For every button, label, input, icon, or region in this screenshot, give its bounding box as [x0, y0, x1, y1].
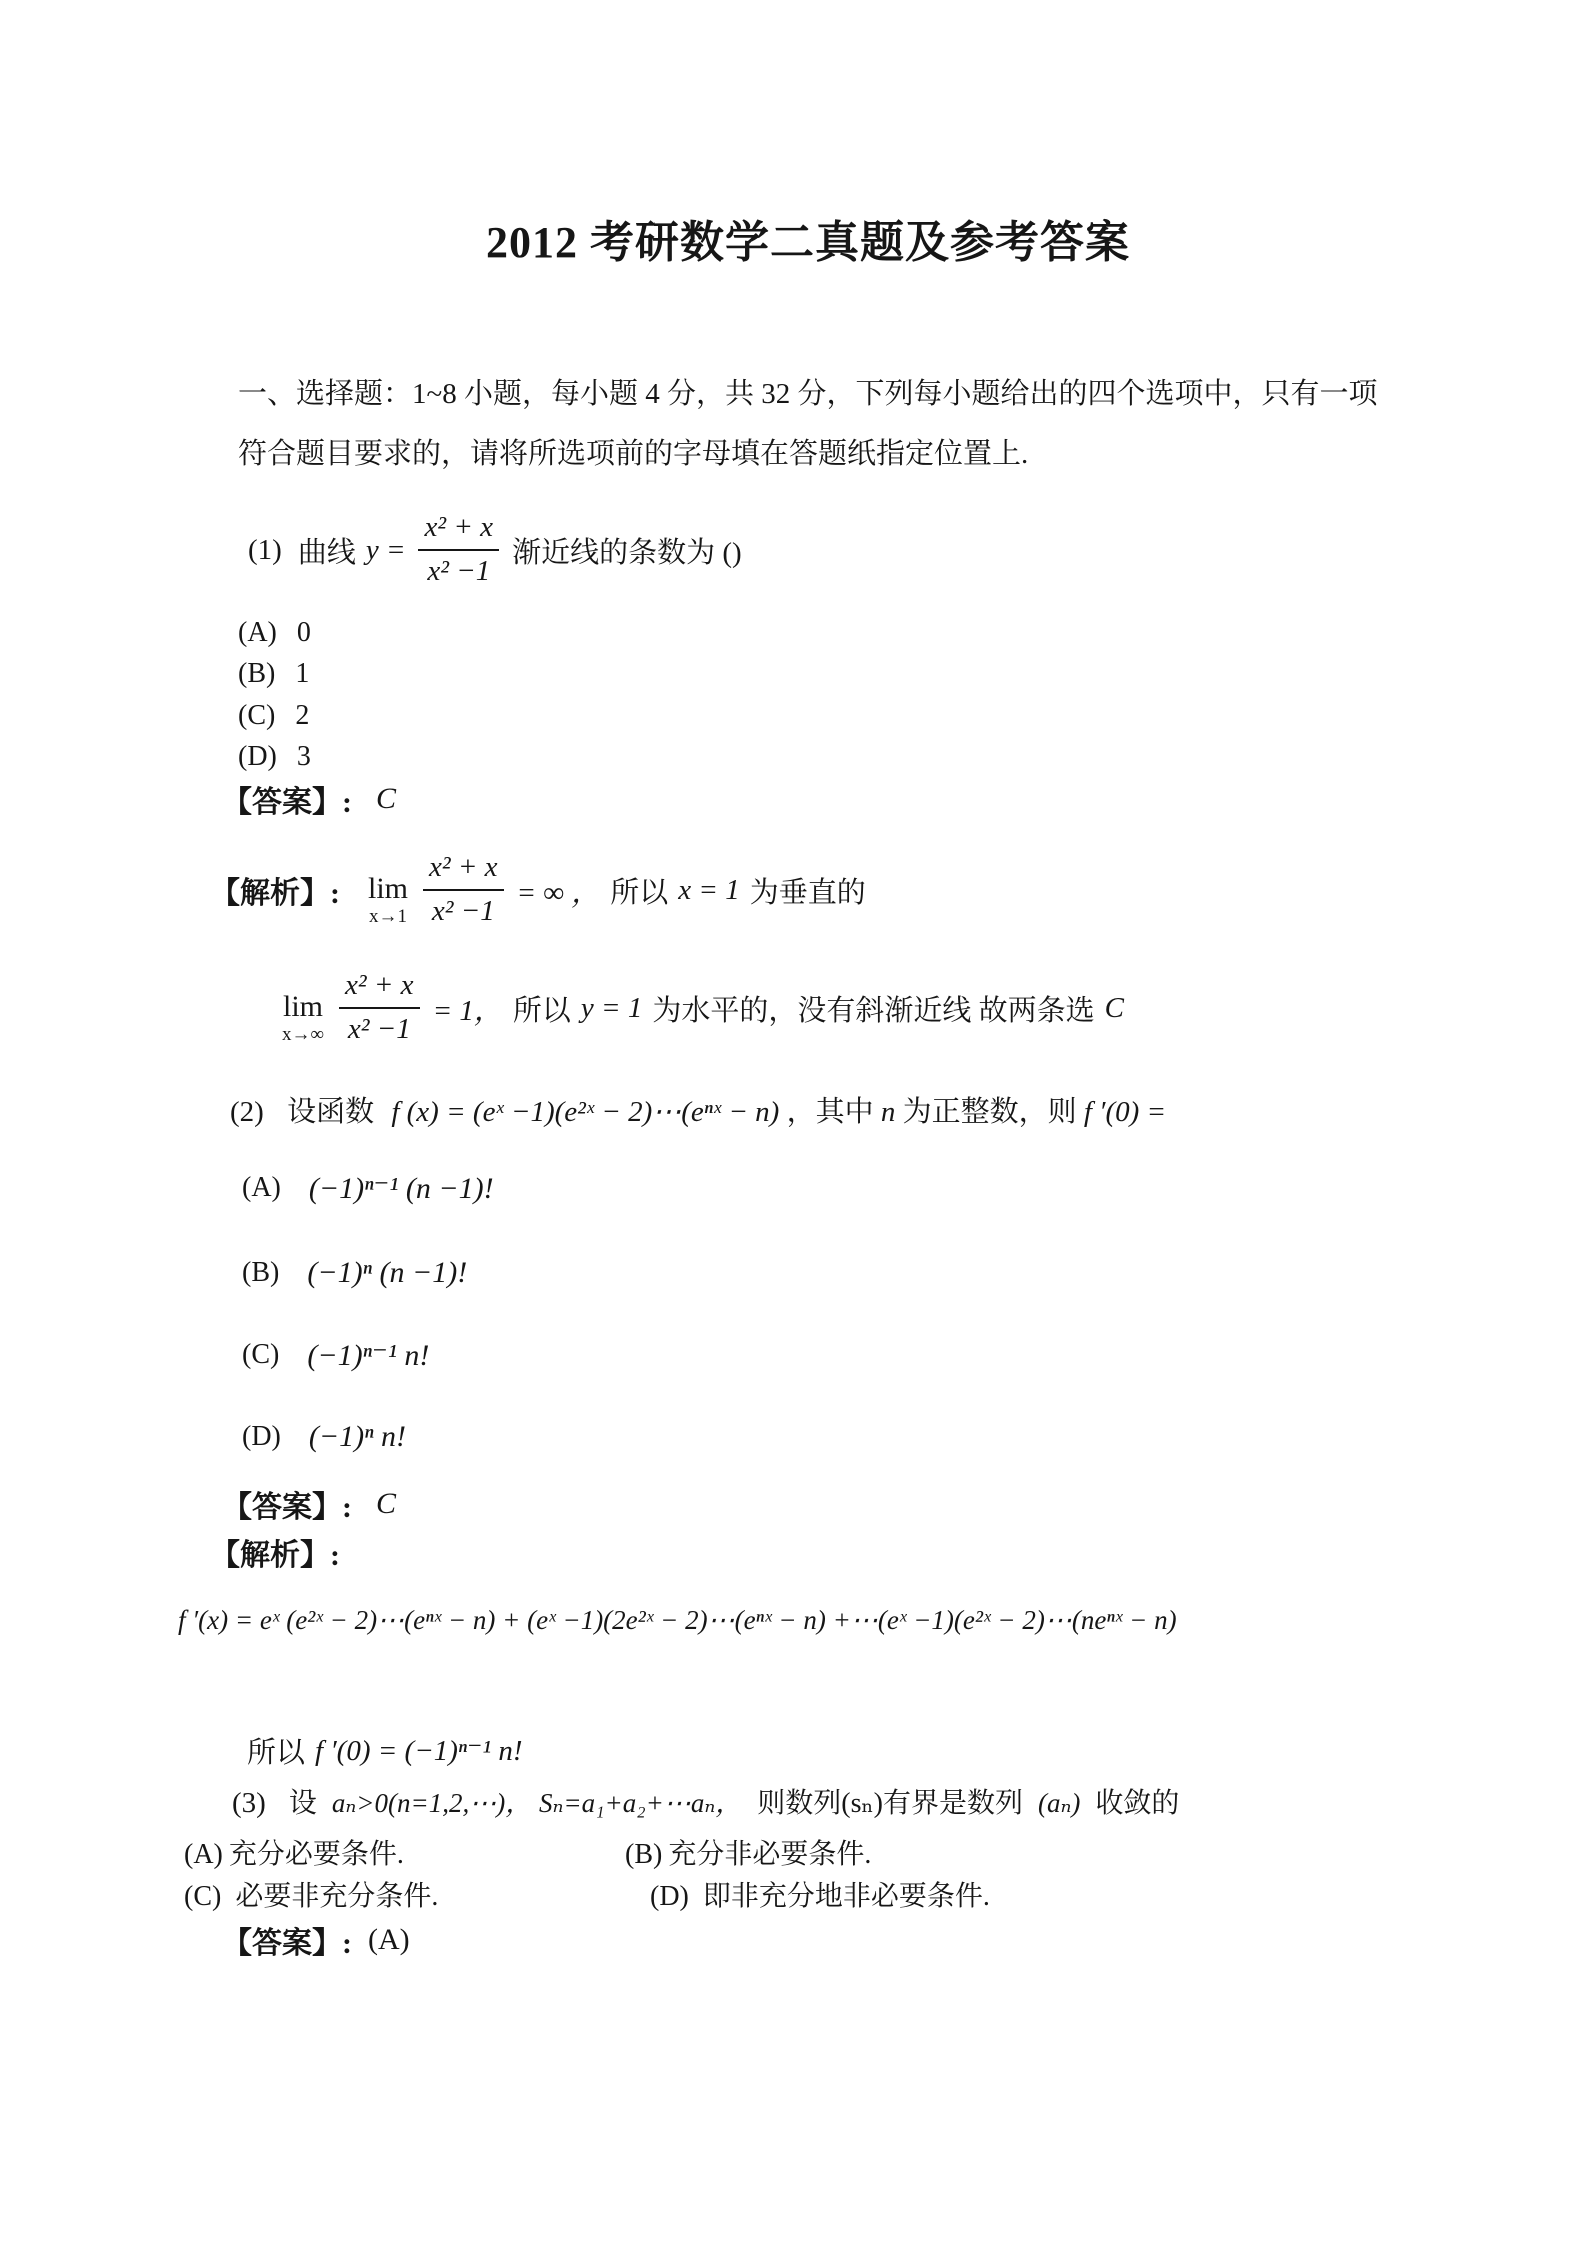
equation-result: = 1，: [433, 988, 503, 1029]
analysis-final-choice: C: [1105, 992, 1124, 1025]
option-key: (B): [238, 658, 275, 690]
question-3-sequence-def: aₙ>0(n=1,2,⋯)， Sₙ=a₁+a₂+⋯aₙ，: [332, 1788, 742, 1818]
question-3-number: (3): [232, 1787, 266, 1819]
analysis-math: x = 1: [678, 874, 739, 907]
limit-fraction: x² + x x² −1: [336, 970, 423, 1046]
limit-word: lim: [283, 992, 323, 1022]
question-2-mid-text-2: 为正整数，则: [903, 1096, 1077, 1128]
option-key: (D): [238, 741, 277, 773]
answer-value: C: [376, 782, 396, 816]
option-key: (C): [238, 700, 275, 732]
question-2-function-def: f (x) = (eˣ −1)(e²ˣ − 2)⋯(eⁿˣ − n): [391, 1096, 779, 1128]
limit-subscript: x→∞: [282, 1025, 324, 1044]
question-2-derivative: f ′(0) =: [1084, 1096, 1166, 1128]
question-1-pre-text: 曲线: [298, 530, 356, 571]
limit-word: lim: [368, 874, 408, 904]
option-key: (A): [242, 1172, 281, 1204]
answer-label: 【答案】:: [222, 1482, 352, 1526]
limit-operator: lim x→1: [368, 874, 408, 926]
option-text: 即非充分地非必要条件.: [703, 1881, 990, 1912]
option-text: 必要非充分条件.: [235, 1881, 438, 1912]
page-title: 2012 考研数学二真题及参考答案: [0, 206, 1586, 270]
fraction-denominator: x² −1: [339, 1007, 420, 1046]
option-value: 2: [295, 700, 309, 732]
question-2-option-b: (B) (−1)ⁿ (n −1)!: [242, 1253, 467, 1293]
limit-operator: lim x→∞: [282, 992, 324, 1044]
question-2-stem: (2) 设函数 f (x) = (eˣ −1)(e²ˣ − 2)⋯(eⁿˣ − …: [230, 1092, 1166, 1132]
question-1-analysis-line-1: 【解析】: lim x→1 x² + x x² −1 = ∞ ， 所以 x = …: [210, 840, 866, 940]
analysis-text: 所以: [610, 870, 668, 911]
option-key: (B): [242, 1257, 279, 1289]
option-value: 0: [297, 617, 311, 649]
question-1-analysis-line-2: lim x→∞ x² + x x² −1 = 1， 所以 y = 1 为水平的，…: [282, 958, 1124, 1058]
question-2-option-c: (C) (−1)ⁿ⁻¹ n!: [242, 1335, 429, 1375]
analysis-label: 【解析】:: [210, 1539, 340, 1572]
fraction-numerator: x² + x: [336, 970, 423, 1007]
fraction-numerator: x² + x: [416, 512, 503, 549]
question-3-option-b: (B)充分非必要条件.: [625, 1832, 871, 1872]
equation-result: = ∞ ，: [517, 870, 601, 911]
conclusion-math: f ′(0) = (−1)ⁿ⁻¹ n!: [315, 1733, 522, 1768]
question-2-option-a: (A) (−1)ⁿ⁻¹ (n −1)!: [242, 1168, 494, 1208]
fraction-denominator: x² −1: [423, 889, 504, 928]
question-1-answer: 【答案】: C: [222, 782, 396, 816]
question-1-options: (A) 0 (B) 1 (C) 2 (D) 3: [238, 612, 311, 778]
option-key: (B): [625, 1839, 662, 1870]
question-3-option-d: (D)即非充分地非必要条件.: [650, 1874, 990, 1914]
question-3-pre-text: 设: [289, 1788, 317, 1819]
answer-label: 【答案】:: [222, 1918, 352, 1962]
intro-line-2: 符合题目要求的，请将所选项前的字母填在答题纸指定位置上.: [238, 424, 1377, 484]
section-intro: 一、选择题：1~8 小题，每小题 4 分，共 32 分，下列每小题给出的四个选项…: [238, 364, 1377, 484]
question-1-fraction: x² + x x² −1: [416, 512, 503, 588]
option-key: (C): [184, 1881, 221, 1912]
answer-label: 【答案】:: [222, 777, 352, 821]
question-3-sequence-ref: (aₙ): [1038, 1788, 1080, 1818]
question-2-number: (2): [230, 1096, 264, 1128]
question-3-stem: (3) 设 aₙ>0(n=1,2,⋯)， Sₙ=a₁+a₂+⋯aₙ， 则数列(s…: [232, 1786, 1179, 1821]
option-key: (A): [238, 617, 277, 649]
option-text: 充分必要条件.: [229, 1839, 404, 1870]
question-1-number: (1): [248, 534, 282, 567]
answer-value: (A): [368, 1923, 410, 1957]
option-value: 1: [295, 658, 309, 690]
limit-fraction: x² + x x² −1: [420, 852, 507, 928]
option-value: 3: [297, 741, 311, 773]
question-1-stem: (1) 曲线 y = x² + x x² −1 渐近线的条数为 (): [248, 502, 742, 598]
option-formula: (−1)ⁿ (n −1)!: [307, 1256, 467, 1290]
question-2-option-d: (D) (−1)ⁿ n!: [242, 1417, 406, 1457]
option-a: (A) 0: [238, 612, 311, 654]
question-3-answer: 【答案】: (A): [222, 1922, 410, 1958]
option-key: (D): [650, 1881, 689, 1912]
option-formula: (−1)ⁿ⁻¹ n!: [307, 1338, 429, 1373]
question-2-analysis-label: 【解析】:: [210, 1530, 340, 1564]
analysis-text-tail: 为垂直的: [750, 870, 866, 911]
intro-line-1: 一、选择题：1~8 小题，每小题 4 分，共 32 分，下列每小题给出的四个选项…: [238, 364, 1377, 424]
option-key: (A): [184, 1839, 223, 1870]
question-1-lhs: y =: [366, 534, 406, 567]
question-2-pre-text: 设函数: [287, 1096, 374, 1128]
question-3-mid-text: 则数列(sₙ)有界是数列: [757, 1788, 1023, 1819]
fraction-numerator: x² + x: [420, 852, 507, 889]
conclusion-text: 所以: [247, 1730, 305, 1771]
analysis-text-tail: 为水平的，没有斜渐近线 故两条选: [652, 988, 1094, 1029]
question-2-analysis-conclusion: 所以 f ′(0) = (−1)ⁿ⁻¹ n!: [247, 1732, 522, 1768]
question-2-var: n: [881, 1096, 896, 1128]
question-2-mid-text: ，其中: [787, 1096, 874, 1128]
question-1-post-text: 渐近线的条数为 (): [512, 530, 742, 571]
analysis-text: 所以: [513, 988, 571, 1029]
analysis-label: 【解析】:: [210, 868, 340, 912]
fraction-denominator: x² −1: [418, 549, 499, 588]
question-2-analysis-formula: f ′(x) = eˣ (e²ˣ − 2)⋯(eⁿˣ − n) + (eˣ −1…: [178, 1598, 1177, 1642]
option-c: (C) 2: [238, 695, 311, 737]
analysis-math: y = 1: [581, 992, 642, 1025]
option-key: (C): [242, 1339, 279, 1371]
option-b: (B) 1: [238, 654, 311, 696]
answer-value: C: [376, 1487, 396, 1521]
option-d: (D) 3: [238, 737, 311, 779]
option-key: (D): [242, 1421, 281, 1453]
option-text: 充分非必要条件.: [668, 1839, 871, 1870]
option-formula: (−1)ⁿ n!: [309, 1420, 406, 1454]
exam-document-page: 2012 考研数学二真题及参考答案 一、选择题：1~8 小题，每小题 4 分，共…: [0, 0, 1586, 2244]
question-3-option-c: (C)必要非充分条件.: [184, 1874, 438, 1914]
option-formula: (−1)ⁿ⁻¹ (n −1)!: [309, 1171, 494, 1206]
limit-subscript: x→1: [369, 907, 407, 926]
question-2-answer: 【答案】: C: [222, 1487, 396, 1521]
question-3-option-a: (A)充分必要条件.: [184, 1832, 404, 1872]
question-3-tail-text: 收敛的: [1095, 1788, 1179, 1819]
